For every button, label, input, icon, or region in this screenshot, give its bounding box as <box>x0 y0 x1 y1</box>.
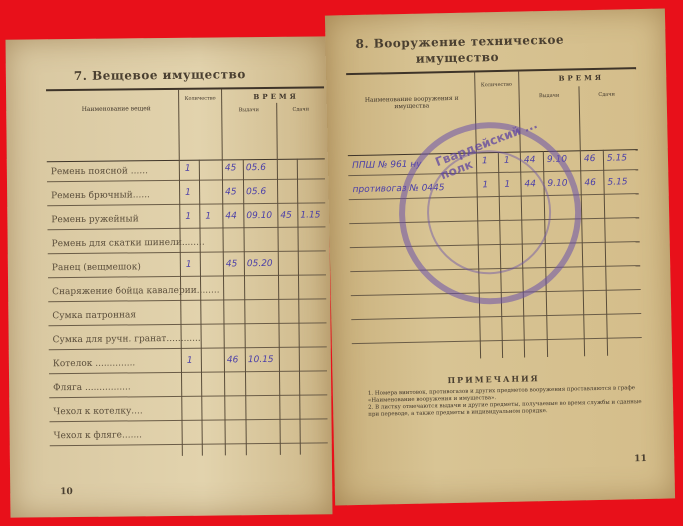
row-ryear: 46 <box>584 178 596 188</box>
table-row: Снаряжение бойца кавалерии........ <box>48 278 326 302</box>
row-date: 05.20 <box>247 259 273 269</box>
clothing-table: Ремень поясной ......14505.6Ремень брючн… <box>47 158 328 461</box>
row-year: 44 <box>225 211 237 221</box>
left-page: 7. Вещевое имущество Наименование вещей … <box>6 36 333 517</box>
row-qty: 1 <box>186 260 192 270</box>
table-row: Чехол к фляге....... <box>50 422 328 446</box>
table-row: Сумка для ручн. гранат............ <box>49 326 327 350</box>
table-row <box>351 317 641 344</box>
row-ryear: 46 <box>584 154 596 164</box>
section-title-weapons-line2: имущество <box>416 50 499 66</box>
table-row: Чехол к котелку.... <box>49 398 327 422</box>
table-row: Ремень для скатки шинели........ <box>48 230 326 254</box>
row-label: Чехол к фляге....... <box>54 430 142 441</box>
row-label: Ремень брючный...... <box>51 190 150 201</box>
row-year: 46 <box>227 355 239 365</box>
table-row: Сумка патронная <box>48 302 326 326</box>
header-name-col: Наименование вещей <box>56 105 176 113</box>
header-returned: Сдачи <box>582 91 632 98</box>
row-label: Сумка для ручн. гранат............ <box>53 334 201 346</box>
notes: 1. Номера винтовок, противогазов и други… <box>368 385 654 419</box>
row-label: Котелок .............. <box>53 358 135 369</box>
table-row: Ремень ружейный114409.10451.15 <box>47 206 325 230</box>
header-time: ВРЕМЯ <box>236 91 316 101</box>
header-time: ВРЕМЯ <box>536 72 626 83</box>
row-date: 09.10 <box>246 211 272 221</box>
row-date: 05.6 <box>246 163 266 173</box>
header-quantity: Количество <box>180 95 220 101</box>
row-label: Сумка патронная <box>52 310 136 321</box>
row-year: 45 <box>226 259 238 269</box>
row-ret: 1 <box>205 212 211 222</box>
table-row: Фляга ................ <box>49 374 327 398</box>
row-rdate: 5.15 <box>607 153 627 163</box>
row-label: Снаряжение бойца кавалерии........ <box>52 285 220 297</box>
header-name-col: Наименование вооружения и имущества <box>352 95 472 112</box>
table-header: Наименование вещей Количество ВРЕМЯ Выда… <box>46 86 325 162</box>
row-label: Ремень поясной ...... <box>51 166 148 177</box>
row-qty: 1 <box>187 356 193 366</box>
header-returned: Сдачи <box>278 106 323 112</box>
row-label: Ремень ружейный <box>51 214 138 225</box>
row-date: 05.6 <box>246 187 266 197</box>
row-label: Чехол к котелку.... <box>53 406 142 417</box>
header-quantity: Количество <box>476 82 516 89</box>
page-number-right: 11 <box>634 454 647 464</box>
row-year: 45 <box>225 187 237 197</box>
right-page: 8. Вооружение техническое имущество Наим… <box>325 8 675 505</box>
table-row: Котелок ..............14610.15 <box>49 350 327 374</box>
table-row: Ремень брючный......14505.6 <box>47 182 325 206</box>
row-label: Фляга ................ <box>53 382 131 393</box>
table-row: Ранец (вещмешок)14505.20 <box>48 254 326 278</box>
row-year: 45 <box>225 163 237 173</box>
row-rdate: 1.15 <box>300 210 320 220</box>
notes-title: ПРИМЕЧАНИЯ <box>447 373 539 385</box>
header-issued: Выдачи <box>221 107 276 114</box>
row-qty: 1 <box>185 188 191 198</box>
row-qty: 1 <box>185 164 191 174</box>
row-date: 10.15 <box>248 355 274 365</box>
page-number-left: 10 <box>60 487 73 497</box>
row-rdate: 5.15 <box>607 177 627 187</box>
header-issued: Выдачи <box>522 92 577 99</box>
section-title-clothing: 7. Вещевое имущество <box>74 67 246 83</box>
row-label: Ранец (вещмешок) <box>52 262 141 273</box>
row-qty: 1 <box>185 212 191 222</box>
row-ryear: 45 <box>280 211 292 221</box>
row-label: Ремень для скатки шинели........ <box>52 238 205 250</box>
table-row: Ремень поясной ......14505.6 <box>47 158 325 182</box>
section-title-weapons: 8. Вооружение техническое <box>355 33 564 51</box>
